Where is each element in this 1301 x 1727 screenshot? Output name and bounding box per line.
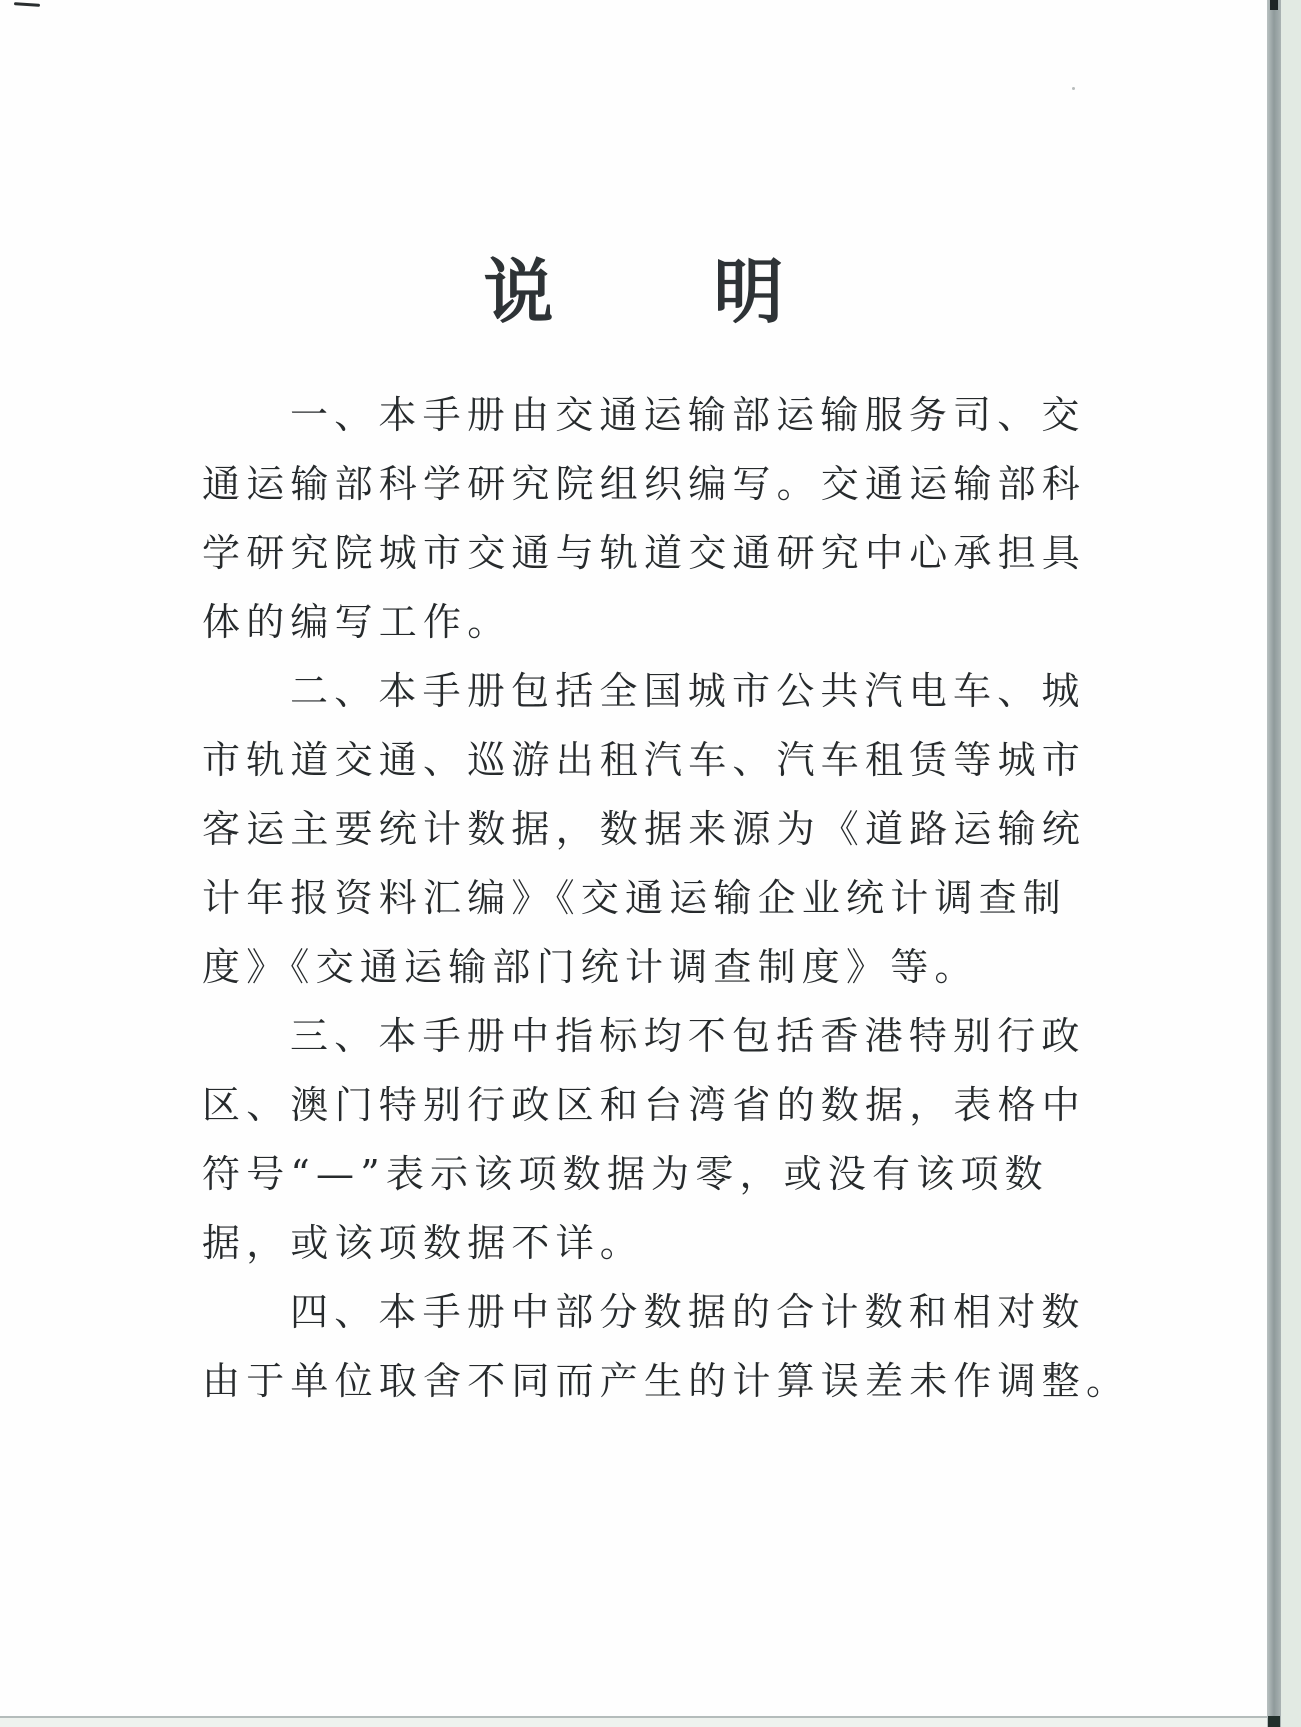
page-title: 说明 — [0, 252, 1267, 332]
paragraph-4-line-2: 由于单位取舍不同而产生的计算误差未作调整。 — [202, 1347, 1086, 1416]
title-char-2: 明 — [713, 252, 785, 332]
paragraph-2-line-1: 二、本手册包括全国城市公共汽电车、城 — [202, 657, 1086, 726]
scan-speck — [1072, 87, 1075, 90]
scan-corner-mark — [14, 2, 40, 7]
paragraph-2-line-5: 度》《交通运输部门统计调查制度》等。 — [202, 933, 1086, 1002]
page-bottom-margin — [0, 1718, 1267, 1727]
paragraph-3-line-1: 三、本手册中指标均不包括香港特别行政 — [202, 1002, 1086, 1071]
document-page: 说明 一、本手册由交通运输部运输服务司、交 通运输部科学研究院组织编写。交通运输… — [0, 0, 1267, 1716]
binding-spine — [1267, 0, 1281, 1727]
paragraph-3-line-4: 据，或该项数据不详。 — [202, 1209, 1086, 1278]
paragraph-2-line-2: 市轨道交通、巡游出租汽车、汽车租赁等城市 — [202, 726, 1086, 795]
paragraph-1-line-1: 一、本手册由交通运输部运输服务司、交 — [202, 381, 1086, 450]
title-char-1: 说 — [483, 252, 555, 332]
paragraph-2-line-3: 客运主要统计数据，数据来源为《道路运输统 — [202, 795, 1086, 864]
spine-top-mark — [1270, 0, 1278, 10]
paragraph-1-line-2: 通运输部科学研究院组织编写。交通运输部科 — [202, 450, 1086, 519]
paragraph-1-line-4: 体的编写工作。 — [202, 588, 1086, 657]
page-edge-strip — [1281, 0, 1301, 1727]
paragraph-2-line-4: 计年报资料汇编》《交通运输企业统计调查制 — [202, 864, 1086, 933]
paragraph-4-line-1: 四、本手册中部分数据的合计数和相对数 — [202, 1278, 1086, 1347]
paragraph-3-line-3: 符号“—”表示该项数据为零，或没有该项数 — [202, 1140, 1086, 1209]
paragraph-3-line-2: 区、澳门特别行政区和台湾省的数据，表格中 — [202, 1071, 1086, 1140]
spine-bottom-mark — [1268, 1716, 1280, 1727]
body-text: 一、本手册由交通运输部运输服务司、交 通运输部科学研究院组织编写。交通运输部科 … — [202, 381, 1086, 1416]
paragraph-1-line-3: 学研究院城市交通与轨道交通研究中心承担具 — [202, 519, 1086, 588]
